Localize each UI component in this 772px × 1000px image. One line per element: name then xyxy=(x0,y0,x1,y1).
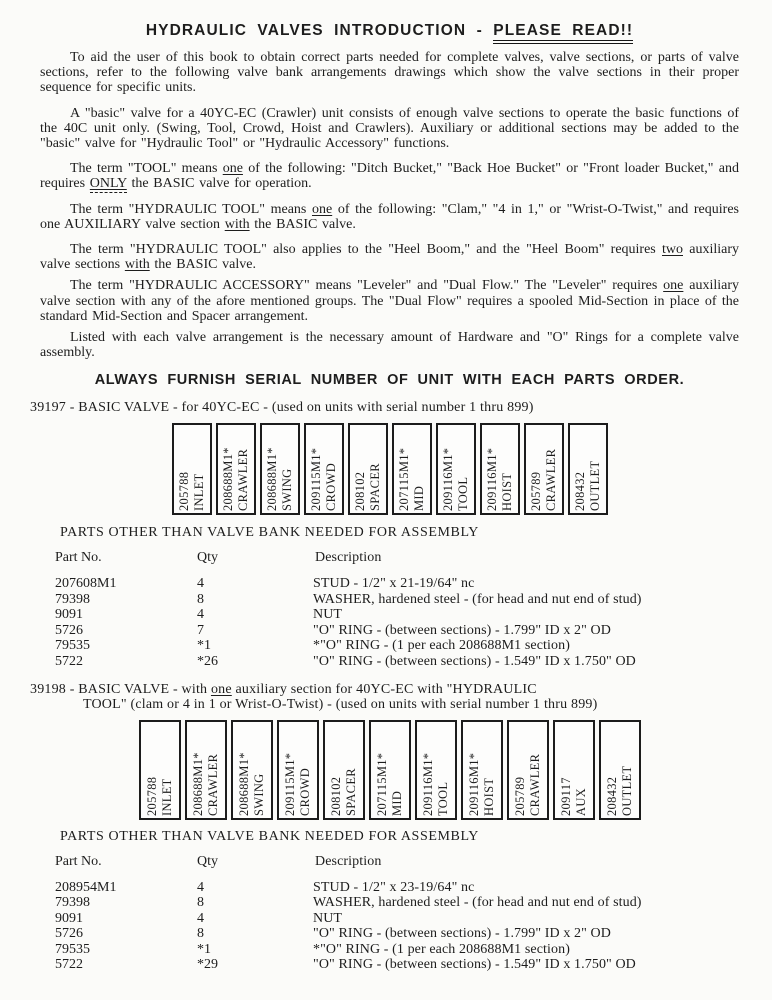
parts-rows: 208954M1 4 STUD - 1/2" x 23-19/64" nc 79… xyxy=(55,880,739,974)
valve-bank-section-cell: 207115M1* MID xyxy=(369,720,411,820)
valve-39198-heading-line1: 39198 - BASIC VALVE - with one auxiliary… xyxy=(30,682,537,697)
part-qty: 8 xyxy=(195,895,255,911)
part-qty: 7 xyxy=(195,623,255,639)
valve-39197-parts-title: PARTS OTHER THAN VALVE BANK NEEDED FOR A… xyxy=(60,525,739,541)
bank-part-number: 208432 xyxy=(604,724,619,816)
part-description: "O" RING - (between sections) - 1.549" I… xyxy=(255,957,739,973)
valve-bank-section-label: 208432 OUTLET xyxy=(571,427,605,511)
valve-bank-section-cell: 209116M1* HOIST xyxy=(461,720,503,820)
valve-39198-heading-line2: TOOL" (clam or 4 in 1 or Wrist-O-Twist) … xyxy=(83,697,739,713)
bank-section-name: CROWD xyxy=(298,724,313,816)
bank-section-name: CROWD xyxy=(324,427,339,511)
part-description: "O" RING - (between sections) - 1.799" I… xyxy=(255,926,739,942)
page-title-text: HYDRAULIC VALVES INTRODUCTION - xyxy=(146,22,483,39)
page-title: HYDRAULIC VALVES INTRODUCTION - PLEASE R… xyxy=(40,22,739,40)
bank-part-number: 205788 xyxy=(144,724,159,816)
intro-paragraph-3: The term "TOOL" means one of the followi… xyxy=(40,161,739,191)
valve-bank-section-cell: 205789 CRAWLER xyxy=(524,423,564,515)
valve-bank-section-label: 208432 OUTLET xyxy=(602,724,638,816)
valve-bank-section-label: 205788 INLET xyxy=(142,724,178,816)
valve-bank-section-cell: 208432 OUTLET xyxy=(568,423,608,515)
bank-section-name: INLET xyxy=(160,724,175,816)
valve-bank-section-cell: 208688M1* SWING xyxy=(260,423,300,515)
bank-section-name: SWING xyxy=(280,427,295,511)
valve-39198-bank-diagram: 205788 INLET 208688M1* CRAWLER 208688M1*… xyxy=(40,720,739,820)
parts-rows: 207608M1 4 STUD - 1/2" x 21-19/64" nc 79… xyxy=(55,576,739,670)
part-description: NUT xyxy=(255,911,739,927)
part-number: 79398 xyxy=(55,592,195,608)
valve-bank-section-label: 208102 SPACER xyxy=(326,724,362,816)
parts-row: 208954M1 4 STUD - 1/2" x 23-19/64" nc xyxy=(55,880,739,896)
valve-39198-heading: 39198 - BASIC VALVE - with one auxiliary… xyxy=(30,682,739,713)
valve-bank-section-cell: 209116M1* TOOL xyxy=(436,423,476,515)
part-number: 79398 xyxy=(55,895,195,911)
part-description: "O" RING - (between sections) - 1.799" I… xyxy=(255,623,739,639)
part-number: 9091 xyxy=(55,911,195,927)
valve-bank-section-cell: 207115M1* MID xyxy=(392,423,432,515)
intro-paragraph-7: Listed with each valve arrangement is th… xyxy=(40,330,739,360)
valve-bank-section-label: 207115M1* MID xyxy=(372,724,408,816)
bank-part-number: 209116M1* xyxy=(466,724,481,816)
parts-row: 9091 4 NUT xyxy=(55,911,739,927)
valve-bank-section-cell: 209115M1* CROWD xyxy=(277,720,319,820)
bank-section-name: CRAWLER xyxy=(236,427,251,511)
valve-bank-section-label: 209116M1* TOOL xyxy=(439,427,473,511)
bank-section-name: OUTLET xyxy=(620,724,635,816)
part-description: STUD - 1/2" x 23-19/64" nc xyxy=(255,880,739,896)
parts-row: 5722 *29 "O" RING - (between sections) -… xyxy=(55,957,739,973)
bank-section-name: AUX xyxy=(574,724,589,816)
bank-section-name: CRAWLER xyxy=(206,724,221,816)
intro-paragraph-1: To aid the user of this book to obtain c… xyxy=(40,50,739,96)
parts-row: 79535 *1 *"O" RING - (1 per each 208688M… xyxy=(55,638,739,654)
valve-bank-section-label: 205789 CRAWLER xyxy=(527,427,561,511)
valve-39197-parts-list: Part No. Qty Description 207608M1 4 STUD… xyxy=(55,550,739,670)
bank-part-number: 205789 xyxy=(528,427,543,511)
bank-section-name: CRAWLER xyxy=(528,724,543,816)
bank-part-number: 208102 xyxy=(328,724,343,816)
bank-section-name: CRAWLER xyxy=(544,427,559,511)
part-description: WASHER, hardened steel - (for head and n… xyxy=(255,895,739,911)
valve-bank-section-label: 208688M1* CRAWLER xyxy=(188,724,224,816)
parts-row: 9091 4 NUT xyxy=(55,607,739,623)
part-number: 9091 xyxy=(55,607,195,623)
valve-39197-heading: 39197 - BASIC VALVE - for 40YC-EC - (use… xyxy=(30,400,739,416)
valve-bank-section-cell: 208102 SPACER xyxy=(323,720,365,820)
bank-part-number: 208688M1* xyxy=(236,724,251,816)
part-description: *"O" RING - (1 per each 208688M1 section… xyxy=(255,942,739,958)
bank-section-name: INLET xyxy=(192,427,207,511)
bank-section-name: OUTLET xyxy=(588,427,603,511)
bank-section-name: SWING xyxy=(252,724,267,816)
parts-row: 79398 8 WASHER, hardened steel - (for he… xyxy=(55,592,739,608)
valve-bank-section-label: 209115M1* CROWD xyxy=(280,724,316,816)
bank-part-number: 209115M1* xyxy=(308,427,323,511)
valve-bank-section-cell: 208688M1* CRAWLER xyxy=(185,720,227,820)
bank-section-name: SPACER xyxy=(344,724,359,816)
valve-bank-section-label: 207115M1* MID xyxy=(395,427,429,511)
part-number: 5722 xyxy=(55,957,195,973)
part-qty: 8 xyxy=(195,926,255,942)
valve-bank-section-label: 208688M1* SWING xyxy=(263,427,297,511)
valve-bank-section-cell: 209117 AUX xyxy=(553,720,595,820)
valve-bank-section-cell: 205788 INLET xyxy=(172,423,212,515)
parts-row: 79535 *1 *"O" RING - (1 per each 208688M… xyxy=(55,942,739,958)
part-description: "O" RING - (between sections) - 1.549" I… xyxy=(255,654,739,670)
bank-part-number: 208432 xyxy=(572,427,587,511)
valve-bank-section-cell: 209115M1* CROWD xyxy=(304,423,344,515)
part-number: 207608M1 xyxy=(55,576,195,592)
bank-section-name: TOOL xyxy=(456,427,471,511)
column-qty: Qty xyxy=(195,550,255,566)
part-qty: *29 xyxy=(195,957,255,973)
bank-part-number: 208688M1* xyxy=(264,427,279,511)
part-qty: 4 xyxy=(195,607,255,623)
part-qty: 4 xyxy=(195,911,255,927)
part-number: 79535 xyxy=(55,638,195,654)
column-description: Description xyxy=(255,854,739,870)
part-description: NUT xyxy=(255,607,739,623)
part-qty: 4 xyxy=(195,880,255,896)
bank-part-number: 207115M1* xyxy=(374,724,389,816)
bank-section-name: MID xyxy=(390,724,405,816)
bank-part-number: 208688M1* xyxy=(190,724,205,816)
valve-bank-section-label: 209117 AUX xyxy=(556,724,592,816)
valve-bank-section-cell: 209116M1* TOOL xyxy=(415,720,457,820)
parts-list-header: Part No. Qty Description xyxy=(55,550,739,566)
valve-bank-section-cell: 205788 INLET xyxy=(139,720,181,820)
page-title-emphasis: PLEASE READ!! xyxy=(493,22,633,44)
column-part-no: Part No. xyxy=(55,854,195,870)
part-number: 5722 xyxy=(55,654,195,670)
intro-paragraph-4: The term "HYDRAULIC TOOL" means one of t… xyxy=(40,202,739,232)
bank-part-number: 209116M1* xyxy=(440,427,455,511)
part-qty: *26 xyxy=(195,654,255,670)
part-number: 5726 xyxy=(55,623,195,639)
column-part-no: Part No. xyxy=(55,550,195,566)
valve-bank-section-label: 208688M1* SWING xyxy=(234,724,270,816)
part-number: 79535 xyxy=(55,942,195,958)
part-number: 5726 xyxy=(55,926,195,942)
valve-bank-section-label: 205789 CRAWLER xyxy=(510,724,546,816)
valve-bank-section-cell: 209116M1* HOIST xyxy=(480,423,520,515)
column-description: Description xyxy=(255,550,739,566)
part-description: STUD - 1/2" x 21-19/64" nc xyxy=(255,576,739,592)
valve-bank-section-label: 209116M1* HOIST xyxy=(464,724,500,816)
bank-section-name: HOIST xyxy=(482,724,497,816)
valve-bank-section-label: 208102 SPACER xyxy=(351,427,385,511)
bank-section-name: TOOL xyxy=(436,724,451,816)
parts-row: 207608M1 4 STUD - 1/2" x 21-19/64" nc xyxy=(55,576,739,592)
bank-part-number: 209115M1* xyxy=(282,724,297,816)
valve-bank-section-cell: 208102 SPACER xyxy=(348,423,388,515)
column-qty: Qty xyxy=(195,854,255,870)
parts-row: 5722 *26 "O" RING - (between sections) -… xyxy=(55,654,739,670)
valve-bank-section-cell: 208688M1* SWING xyxy=(231,720,273,820)
bank-part-number: 209116M1* xyxy=(420,724,435,816)
bank-section-name: MID xyxy=(412,427,427,511)
valve-bank-section-cell: 205789 CRAWLER xyxy=(507,720,549,820)
parts-row: 5726 8 "O" RING - (between sections) - 1… xyxy=(55,926,739,942)
valve-bank-section-label: 208688M1* CRAWLER xyxy=(219,427,253,511)
bank-part-number: 208102 xyxy=(352,427,367,511)
part-qty: 8 xyxy=(195,592,255,608)
valve-bank-section-cell: 208688M1* CRAWLER xyxy=(216,423,256,515)
bank-part-number: 205789 xyxy=(512,724,527,816)
bank-part-number: 209116M1* xyxy=(484,427,499,511)
parts-list-header: Part No. Qty Description xyxy=(55,854,739,870)
serial-number-notice: ALWAYS FURNISH SERIAL NUMBER OF UNIT WIT… xyxy=(40,372,739,388)
part-qty: *1 xyxy=(195,942,255,958)
bank-section-name: SPACER xyxy=(368,427,383,511)
part-number: 208954M1 xyxy=(55,880,195,896)
valve-39198-parts-title: PARTS OTHER THAN VALVE BANK NEEDED FOR A… xyxy=(60,829,739,845)
part-description: WASHER, hardened steel - (for head and n… xyxy=(255,592,739,608)
valve-bank-section-label: 209115M1* CROWD xyxy=(307,427,341,511)
bank-part-number: 205788 xyxy=(176,427,191,511)
valve-39197-bank-diagram: 205788 INLET 208688M1* CRAWLER 208688M1*… xyxy=(40,423,739,515)
valve-bank-section-label: 205788 INLET xyxy=(175,427,209,511)
valve-bank-section-label: 209116M1* HOIST xyxy=(483,427,517,511)
part-description: *"O" RING - (1 per each 208688M1 section… xyxy=(255,638,739,654)
valve-bank-section-cell: 208432 OUTLET xyxy=(599,720,641,820)
valve-39198-parts-list: Part No. Qty Description 208954M1 4 STUD… xyxy=(55,854,739,974)
bank-part-number: 207115M1* xyxy=(396,427,411,511)
bank-part-number: 208688M1* xyxy=(220,427,235,511)
part-qty: *1 xyxy=(195,638,255,654)
intro-paragraph-2: A "basic" valve for a 40YC-EC (Crawler) … xyxy=(40,106,739,152)
bank-part-number: 209117 xyxy=(558,724,573,816)
intro-paragraph-5: The term "HYDRAULIC TOOL" also applies t… xyxy=(40,242,739,272)
document-page: HYDRAULIC VALVES INTRODUCTION - PLEASE R… xyxy=(0,0,772,1000)
valve-bank-section-label: 209116M1* TOOL xyxy=(418,724,454,816)
part-qty: 4 xyxy=(195,576,255,592)
intro-paragraph-6: The term "HYDRAULIC ACCESSORY" means "Le… xyxy=(40,278,739,324)
bank-section-name: HOIST xyxy=(500,427,515,511)
parts-row: 5726 7 "O" RING - (between sections) - 1… xyxy=(55,623,739,639)
parts-row: 79398 8 WASHER, hardened steel - (for he… xyxy=(55,895,739,911)
